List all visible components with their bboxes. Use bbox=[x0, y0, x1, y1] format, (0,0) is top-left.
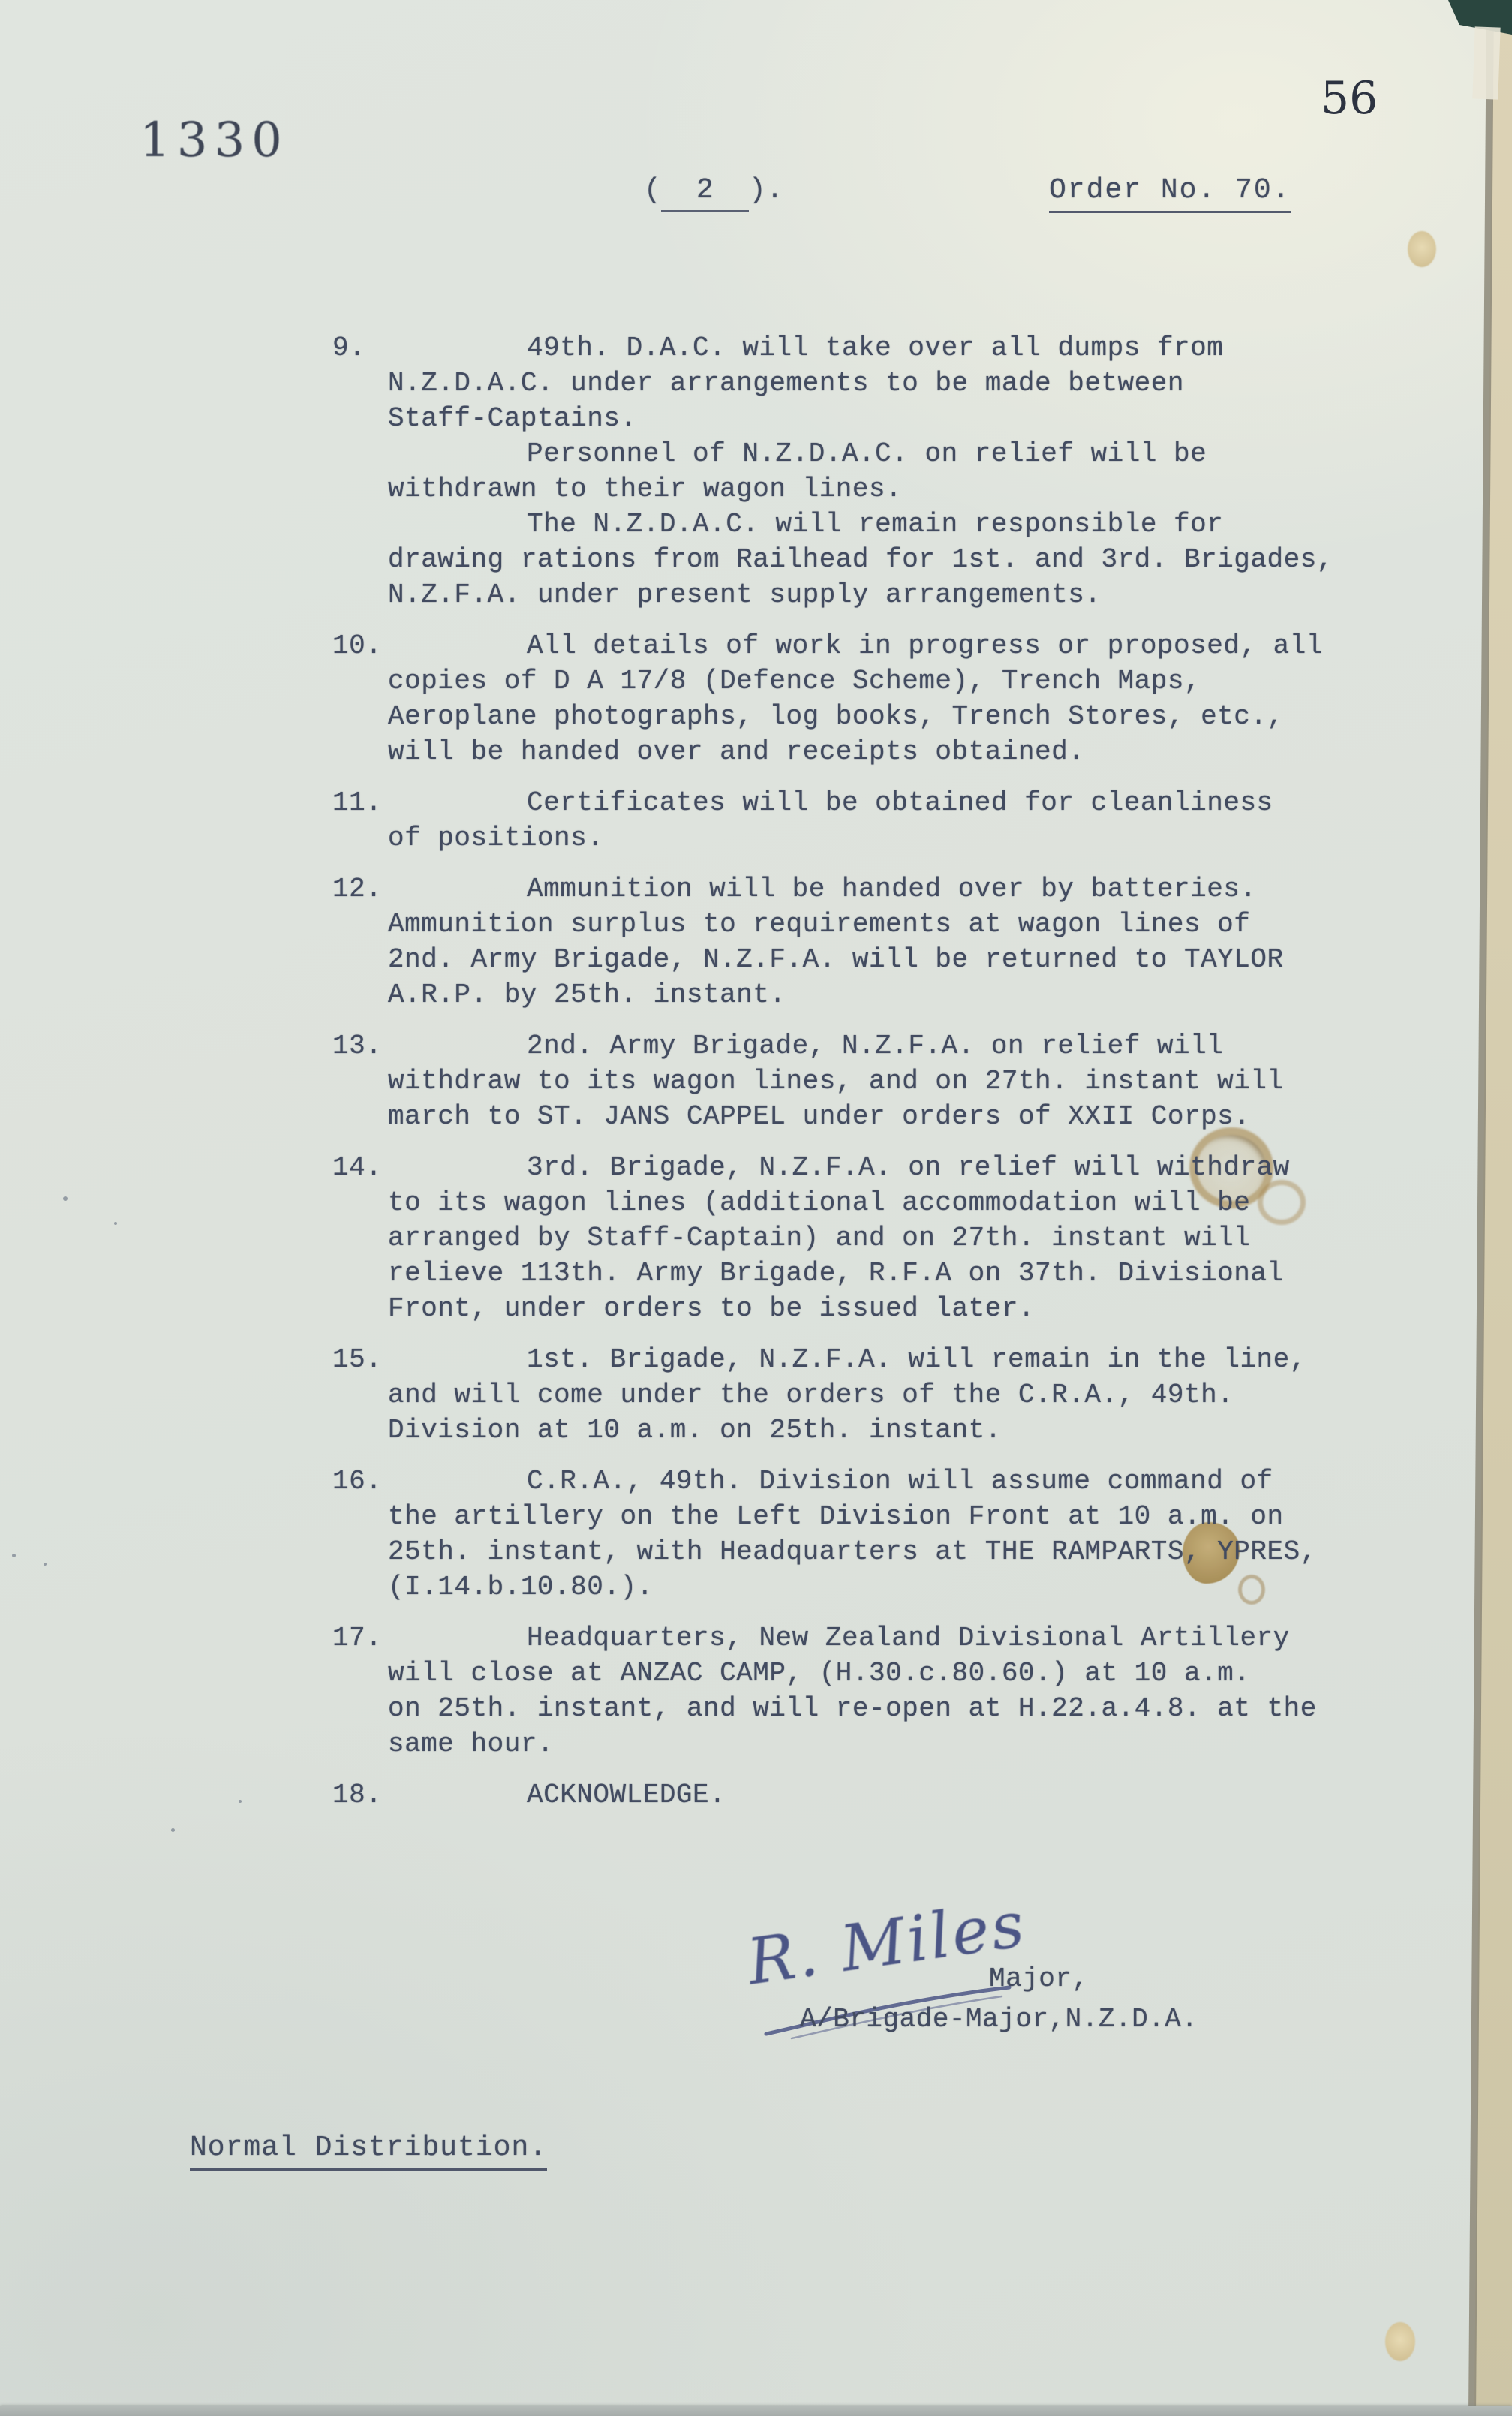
item-number: 10. bbox=[332, 628, 388, 769]
item-line: Ammunition will be handed over by batter… bbox=[388, 871, 1284, 907]
order-number-title: Order No. 70. bbox=[1049, 174, 1291, 213]
order-item: 12.Ammunition will be handed over by bat… bbox=[332, 871, 1458, 1012]
sheet-number: ( 2 ). bbox=[644, 174, 783, 206]
item-line: will be handed over and receipts obtaine… bbox=[388, 734, 1323, 769]
item-body: 3rd. Brigade, N.Z.F.A. on relief will wi… bbox=[388, 1150, 1290, 1326]
item-line: Personnel of N.Z.D.A.C. on relief will b… bbox=[388, 436, 1333, 471]
ink-speck bbox=[12, 1554, 16, 1557]
punch-hole-bottom bbox=[1385, 2322, 1415, 2361]
item-line: Certificates will be obtained for cleanl… bbox=[388, 785, 1273, 820]
item-line: relieve 113th. Army Brigade, R.F.A on 37… bbox=[388, 1256, 1290, 1291]
item-line: Ammunition surplus to requirements at wa… bbox=[388, 907, 1284, 942]
item-line: drawing rations from Railhead for 1st. a… bbox=[388, 542, 1333, 577]
item-line: Front, under orders to be issued later. bbox=[388, 1291, 1290, 1326]
item-line: All details of work in progress or propo… bbox=[388, 628, 1323, 663]
item-number: 13. bbox=[332, 1028, 388, 1134]
order-item: 9.49th. D.A.C. will take over all dumps … bbox=[332, 330, 1458, 612]
item-number: 14. bbox=[332, 1150, 388, 1326]
punch-hole-top bbox=[1408, 231, 1436, 267]
page-number: 56 bbox=[1321, 72, 1378, 125]
item-body: 49th. D.A.C. will take over all dumps fr… bbox=[388, 330, 1333, 612]
item-line: A.R.P. by 25th. instant. bbox=[388, 977, 1284, 1012]
item-line: 3rd. Brigade, N.Z.F.A. on relief will wi… bbox=[388, 1150, 1290, 1185]
order-item: 17.Headquarters, New Zealand Divisional … bbox=[332, 1620, 1458, 1762]
item-line: on 25th. instant, and will re-open at H.… bbox=[388, 1691, 1317, 1726]
ink-speck bbox=[171, 1828, 175, 1832]
bottom-scan-edge bbox=[0, 2406, 1512, 2416]
ink-speck bbox=[63, 1196, 68, 1201]
item-line: the artillery on the Left Division Front… bbox=[388, 1499, 1317, 1534]
item-number: 17. bbox=[332, 1620, 388, 1762]
item-number: 15. bbox=[332, 1342, 388, 1448]
item-body: Certificates will be obtained for cleanl… bbox=[388, 785, 1273, 856]
item-line: copies of D A 17/8 (Defence Scheme), Tre… bbox=[388, 663, 1323, 699]
item-line: ACKNOWLEDGE. bbox=[388, 1777, 726, 1813]
item-body: Headquarters, New Zealand Divisional Art… bbox=[388, 1620, 1317, 1762]
order-item: 13.2nd. Army Brigade, N.Z.F.A. on relief… bbox=[332, 1028, 1458, 1134]
order-item: 18.ACKNOWLEDGE. bbox=[332, 1777, 1458, 1813]
item-line: N.Z.F.A. under present supply arrangemen… bbox=[388, 577, 1333, 612]
item-line: 2nd. Army Brigade, N.Z.F.A. will be retu… bbox=[388, 942, 1284, 977]
item-line: (I.14.b.10.80.). bbox=[388, 1569, 1317, 1605]
item-line: arranged by Staff-Captain) and on 27th. … bbox=[388, 1220, 1290, 1256]
item-number: 12. bbox=[332, 871, 388, 1012]
item-line: Aeroplane photographs, log books, Trench… bbox=[388, 699, 1323, 734]
signature-rank: Major, bbox=[989, 1963, 1089, 1994]
ink-speck bbox=[44, 1563, 47, 1566]
item-body: 2nd. Army Brigade, N.Z.F.A. on relief wi… bbox=[388, 1028, 1284, 1134]
item-line: to its wagon lines (additional accommoda… bbox=[388, 1185, 1290, 1220]
item-line: will close at ANZAC CAMP, (H.30.c.80.60.… bbox=[388, 1656, 1317, 1691]
item-body: C.R.A., 49th. Division will assume comma… bbox=[388, 1464, 1317, 1605]
item-line: of positions. bbox=[388, 820, 1273, 856]
item-number: 18. bbox=[332, 1777, 388, 1813]
item-line: Headquarters, New Zealand Divisional Art… bbox=[388, 1620, 1317, 1656]
item-line: 2nd. Army Brigade, N.Z.F.A. on relief wi… bbox=[388, 1028, 1284, 1064]
ink-speck bbox=[239, 1800, 242, 1803]
item-line: 25th. instant, with Headquarters at THE … bbox=[388, 1534, 1317, 1569]
item-line: withdrawn to their wagon lines. bbox=[388, 471, 1333, 507]
item-number: 9. bbox=[332, 330, 388, 612]
item-line: and will come under the orders of the C.… bbox=[388, 1377, 1306, 1413]
item-line: 49th. D.A.C. will take over all dumps fr… bbox=[388, 330, 1333, 366]
distribution-note: Normal Distribution. bbox=[190, 2132, 547, 2171]
order-item: 11.Certificates will be obtained for cle… bbox=[332, 785, 1458, 856]
item-number: 16. bbox=[332, 1464, 388, 1605]
order-item: 15.1st. Brigade, N.Z.F.A. will remain in… bbox=[332, 1342, 1458, 1448]
order-items: 9.49th. D.A.C. will take over all dumps … bbox=[332, 330, 1458, 1828]
item-body: Ammunition will be handed over by batter… bbox=[388, 871, 1284, 1012]
order-item: 16.C.R.A., 49th. Division will assume co… bbox=[332, 1464, 1458, 1605]
item-line: C.R.A., 49th. Division will assume comma… bbox=[388, 1464, 1317, 1499]
ink-speck bbox=[114, 1222, 117, 1225]
stamp-number: 1330 bbox=[140, 113, 289, 168]
signature-role: A/Brigade-Major,N.Z.D.A. bbox=[800, 2004, 1198, 2035]
item-line: march to ST. JANS CAPPEL under orders of… bbox=[388, 1099, 1284, 1134]
sheet-number-value: 2 bbox=[661, 174, 749, 212]
item-body: ACKNOWLEDGE. bbox=[388, 1777, 726, 1813]
item-line: Division at 10 a.m. on 25th. instant. bbox=[388, 1413, 1306, 1448]
order-item: 14.3rd. Brigade, N.Z.F.A. on relief will… bbox=[332, 1150, 1458, 1326]
item-line: The N.Z.D.A.C. will remain responsible f… bbox=[388, 507, 1333, 542]
sheet-close-paren: ). bbox=[749, 174, 784, 206]
underlying-page-corner bbox=[1472, 26, 1500, 99]
item-line: withdraw to its wagon lines, and on 27th… bbox=[388, 1064, 1284, 1099]
item-line: N.Z.D.A.C. under arrangements to be made… bbox=[388, 366, 1333, 401]
document-scan: 1330 56 ( 2 ). Order No. 70. 9.49th. D.A… bbox=[0, 0, 1512, 2416]
item-body: All details of work in progress or propo… bbox=[388, 628, 1323, 769]
item-body: 1st. Brigade, N.Z.F.A. will remain in th… bbox=[388, 1342, 1306, 1448]
item-line: same hour. bbox=[388, 1726, 1317, 1762]
sheet-open-paren: ( bbox=[644, 174, 661, 206]
item-number: 11. bbox=[332, 785, 388, 856]
item-line: Staff-Captains. bbox=[388, 401, 1333, 436]
item-line: 1st. Brigade, N.Z.F.A. will remain in th… bbox=[388, 1342, 1306, 1377]
order-item: 10.All details of work in progress or pr… bbox=[332, 628, 1458, 769]
